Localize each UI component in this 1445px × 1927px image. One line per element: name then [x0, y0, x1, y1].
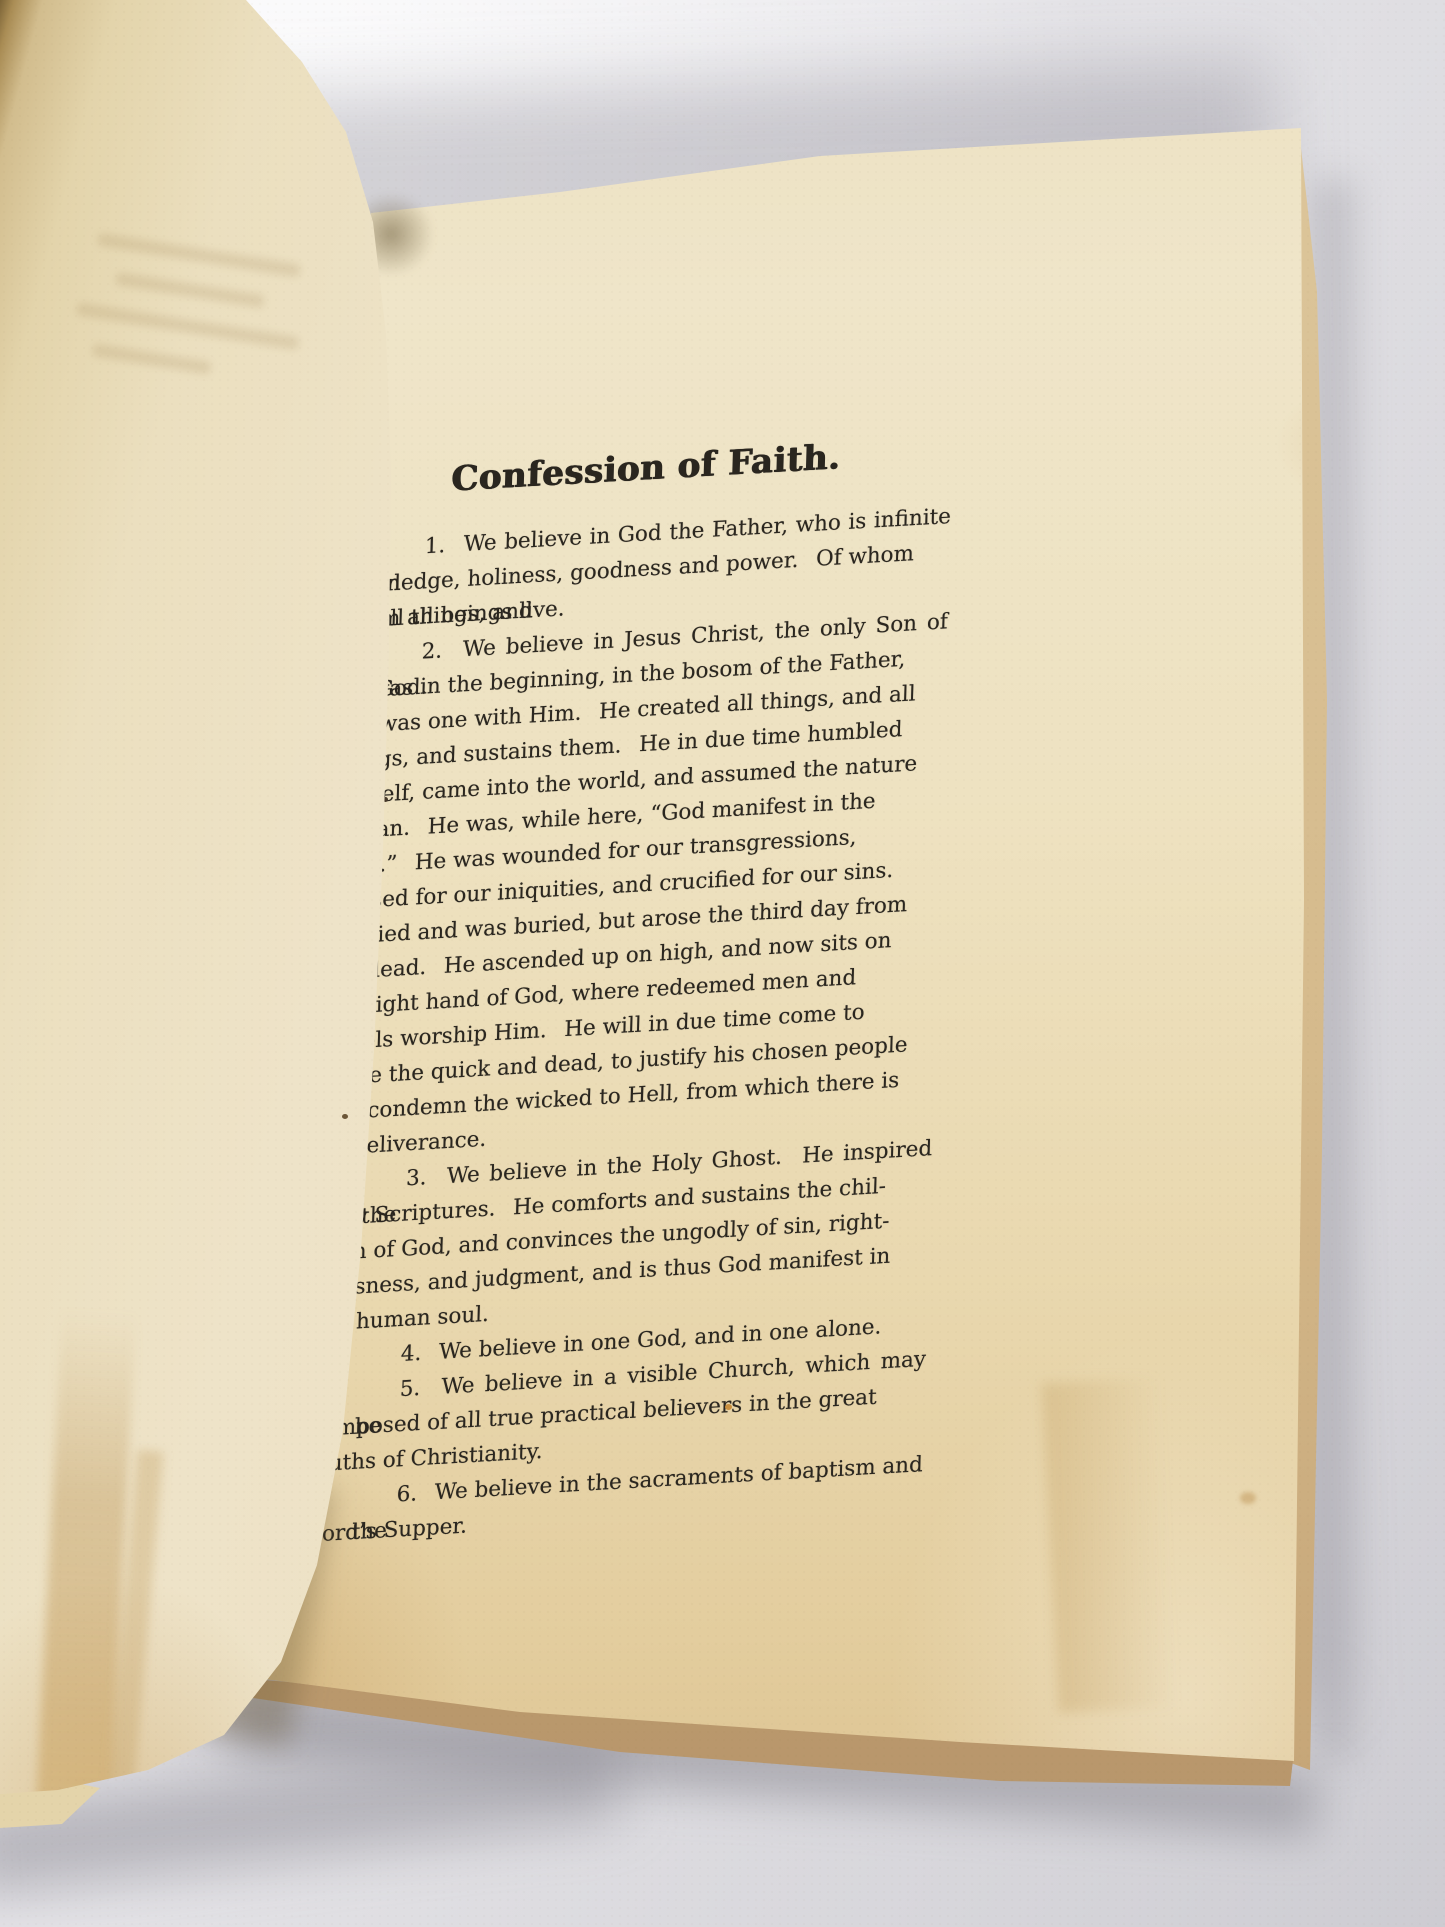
ghost-text-line [91, 343, 212, 375]
amber-speck [725, 1404, 732, 1410]
photo-backdrop: Confession of Faith. 1. We believe in Go… [0, 0, 1445, 1927]
ghost-text-line [76, 302, 300, 350]
ghost-text-line [97, 233, 302, 278]
paper-blotch [1240, 1492, 1256, 1504]
ghost-text [54, 231, 345, 489]
dark-speck [342, 1114, 348, 1119]
confession-paragraphs: 1. We believe in God the Father, who is … [307, 499, 951, 1553]
ghost-text-line [115, 272, 265, 308]
page-text-block: Confession of Faith. 1. We believe in Go… [307, 415, 954, 1553]
paper-stain [1041, 1377, 1178, 1713]
